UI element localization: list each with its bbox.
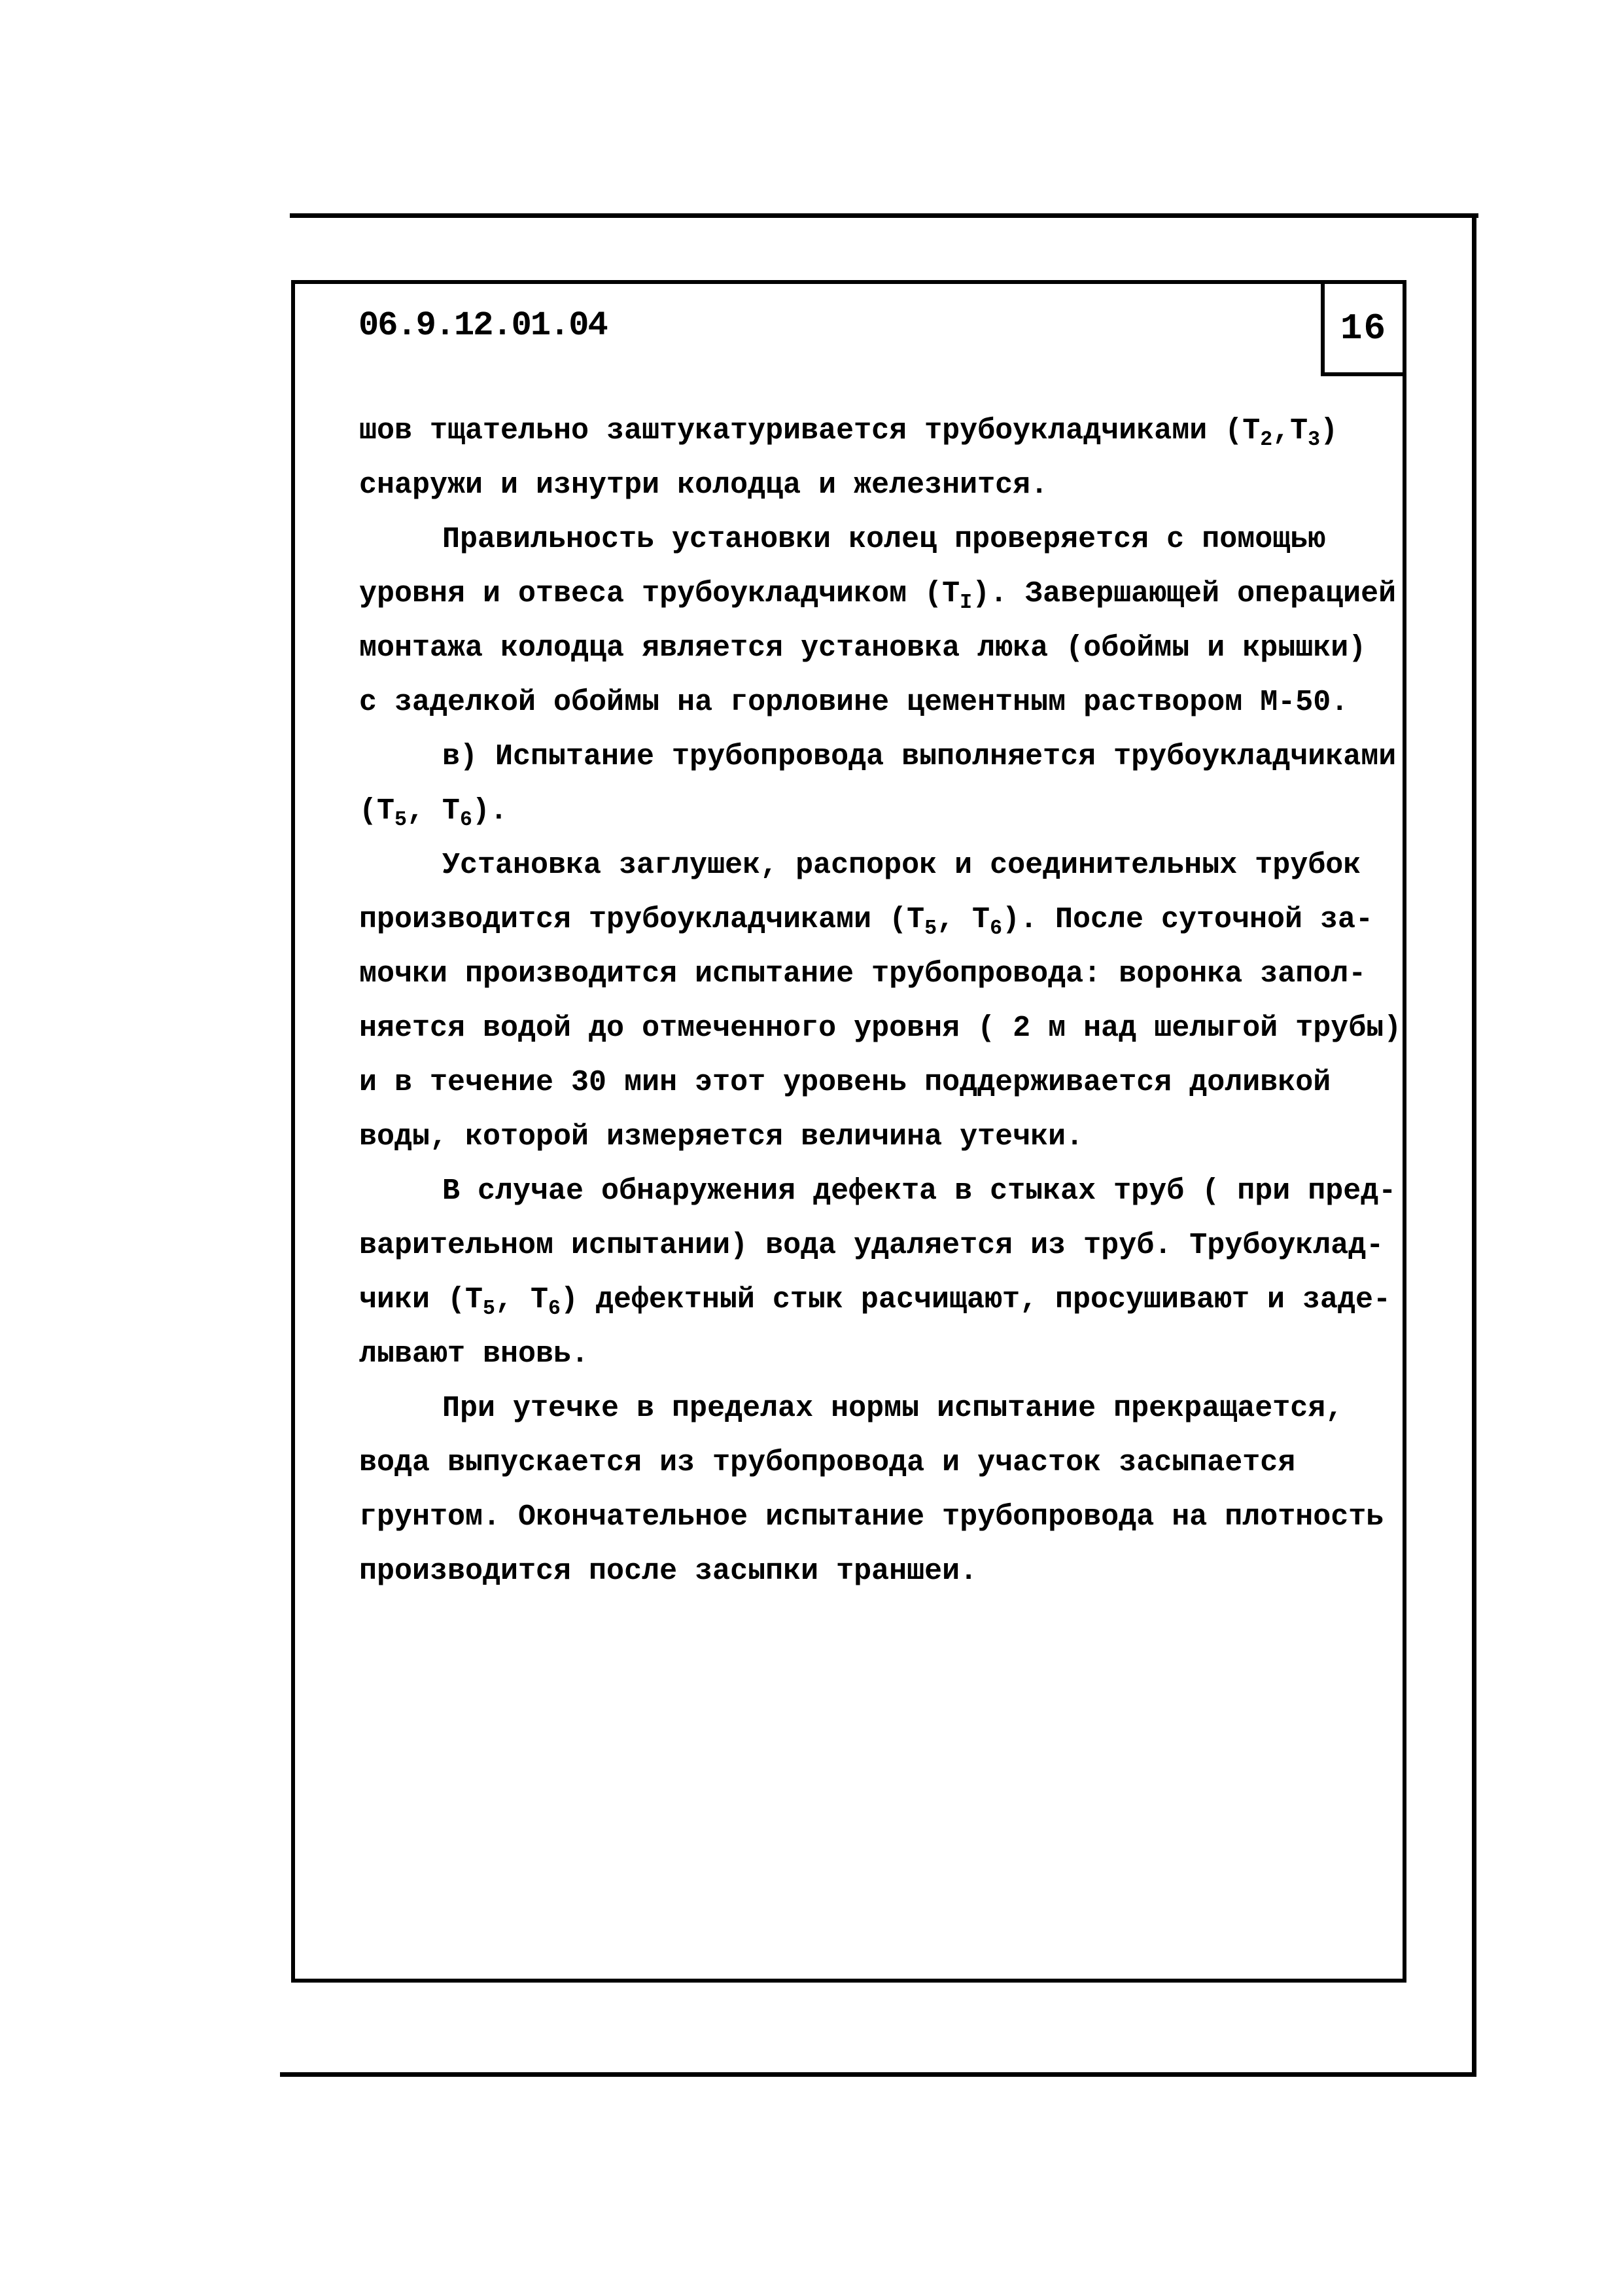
text-line: няется водой до отмеченного уровня ( 2 м… <box>359 1001 1401 1055</box>
text-segment: варительном испытании) вода удаляется из… <box>359 1229 1384 1262</box>
text-segment: няется водой до отмеченного уровня ( 2 м… <box>359 1012 1401 1045</box>
text-segment: уровня и отвеса трубоукладчиком (Т <box>359 577 960 610</box>
text-segment: (Т <box>359 794 394 828</box>
text-line: При утечке в пределах нормы испытание пр… <box>359 1381 1401 1436</box>
text-segment: производится после засыпки траншеи. <box>359 1555 977 1588</box>
text-line: вода выпускается из трубопровода и участ… <box>359 1436 1401 1490</box>
text-line: шов тщательно заштукатуривается трубоукл… <box>359 404 1401 458</box>
text-line: грунтом. Окончательное испытание трубопр… <box>359 1490 1401 1544</box>
text-segment: ) <box>1320 414 1338 448</box>
text-segment: При утечке в пределах нормы испытание пр… <box>442 1392 1343 1425</box>
text-segment: мочки производится испытание трубопровод… <box>359 957 1366 991</box>
subscript-index: 2 <box>1260 429 1272 451</box>
text-segment: шов тщательно заштукатуривается трубоукл… <box>359 414 1260 448</box>
page-number-box: 16 <box>1321 280 1406 376</box>
text-segment: В случае обнаружения дефекта в стыках тр… <box>442 1174 1396 1208</box>
text-segment: , Т <box>407 794 460 828</box>
text-line: производится трубоукладчиками (Т5, Т6). … <box>359 892 1401 947</box>
text-segment: , Т <box>495 1283 548 1316</box>
subscript-index: I <box>960 592 972 614</box>
text-segment: ) дефектный стык расчищают, просушивают … <box>561 1283 1391 1316</box>
text-segment: Правильность установки колец проверяется… <box>442 523 1325 556</box>
text-line: (Т5, Т6). <box>359 784 1401 838</box>
text-line: Правильность установки колец проверяется… <box>359 512 1401 567</box>
text-line: Установка заглушек, распорок и соедините… <box>359 838 1401 892</box>
text-segment: лывают вновь. <box>359 1337 589 1371</box>
text-segment: и в течение 30 мин этот уровень поддержи… <box>359 1066 1331 1099</box>
document-code: 06.9.12.01.04 <box>358 305 607 347</box>
text-line: снаружи и изнутри колодца и железнится. <box>359 458 1401 512</box>
text-line: варительном испытании) вода удаляется из… <box>359 1218 1401 1273</box>
text-segment: вода выпускается из трубопровода и участ… <box>359 1446 1295 1479</box>
text-segment: производится трубоукладчиками (Т <box>359 903 924 936</box>
text-segment: в) Испытание трубопровода выполняется тр… <box>442 740 1396 773</box>
subscript-index: 5 <box>394 809 407 832</box>
text-segment: воды, которой измеряется величина утечки… <box>359 1120 1083 1154</box>
text-segment: с заделкой обоймы на горловине цементным… <box>359 686 1348 719</box>
outer-frame-top-line <box>290 213 1478 218</box>
text-line: чики (Т5, Т6) дефектный стык расчищают, … <box>359 1273 1401 1327</box>
subscript-index: 6 <box>548 1298 561 1320</box>
text-segment: ). После суточной за- <box>1002 903 1373 936</box>
subscript-index: 5 <box>483 1298 495 1320</box>
text-segment: чики (Т <box>359 1283 483 1316</box>
text-line: и в течение 30 мин этот уровень поддержи… <box>359 1055 1401 1110</box>
text-line: воды, которой измеряется величина утечки… <box>359 1110 1401 1164</box>
text-segment: ). <box>472 794 508 828</box>
text-segment: ,Т <box>1272 414 1308 448</box>
page-number: 16 <box>1340 308 1387 349</box>
text-segment: грунтом. Окончательное испытание трубопр… <box>359 1500 1384 1534</box>
text-line: В случае обнаружения дефекта в стыках тр… <box>359 1164 1401 1218</box>
subscript-index: 3 <box>1308 429 1320 451</box>
text-segment: монтажа колодца является установка люка … <box>359 631 1366 665</box>
document-text-block: шов тщательно заштукатуривается трубоукл… <box>359 404 1401 1598</box>
subscript-index: 6 <box>460 809 472 832</box>
text-segment: , Т <box>937 903 990 936</box>
text-line: производится после засыпки траншеи. <box>359 1544 1401 1598</box>
subscript-index: 5 <box>924 917 937 940</box>
text-segment: ). Завершающей операцией <box>972 577 1396 610</box>
text-line: монтажа колодца является установка люка … <box>359 621 1401 675</box>
text-line: в) Испытание трубопровода выполняется тр… <box>359 730 1401 784</box>
outer-frame-right-line <box>1472 213 1476 2077</box>
text-line: уровня и отвеса трубоукладчиком (ТI). За… <box>359 567 1401 621</box>
text-line: лывают вновь. <box>359 1327 1401 1381</box>
text-segment: Установка заглушек, распорок и соедините… <box>442 849 1361 882</box>
text-line: мочки производится испытание трубопровод… <box>359 947 1401 1001</box>
subscript-index: 6 <box>990 917 1002 940</box>
text-segment: снаружи и изнутри колодца и железнится. <box>359 468 1048 502</box>
text-line: с заделкой обоймы на горловине цементным… <box>359 675 1401 730</box>
scanned-document-page: 16 06.9.12.01.04 шов тщательно заштукату… <box>0 0 1623 2296</box>
outer-frame-bottom-line <box>280 2072 1476 2077</box>
